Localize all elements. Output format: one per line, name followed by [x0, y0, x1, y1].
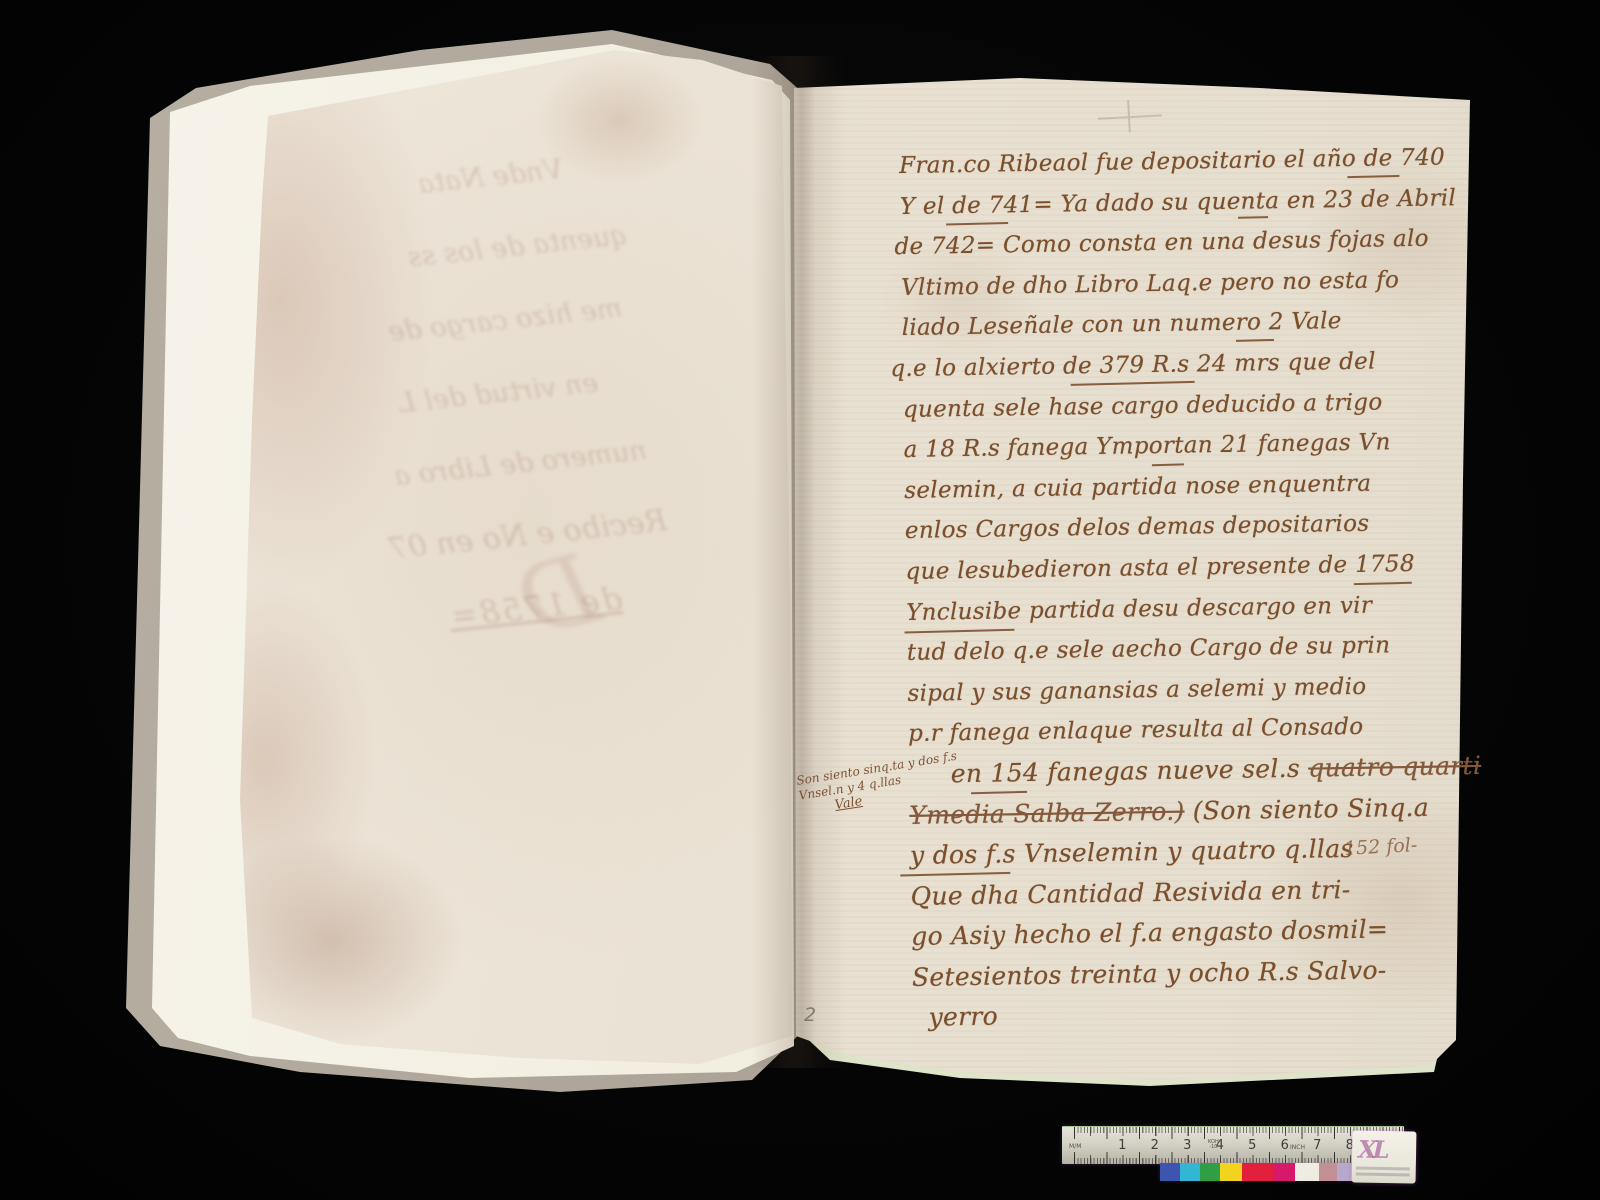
- ruler-unit-inch: INCH: [1290, 1144, 1305, 1151]
- ruler-label-logo: XL: [1358, 1135, 1386, 1164]
- invocation-cross-mark: [1097, 98, 1167, 136]
- ruler-label-card: XL: [1352, 1130, 1417, 1183]
- manuscript-text-block: Fran.co Ribeaol fue depositario el año d…: [885, 138, 1429, 1056]
- color-swatch-blue: [1160, 1163, 1180, 1181]
- pencil-page-number: 2: [804, 1004, 816, 1026]
- ruler-number: 1: [1106, 1138, 1139, 1153]
- ruler-number: 5: [1236, 1138, 1269, 1153]
- color-swatch-magenta: [1273, 1163, 1295, 1181]
- struck-text: Ymedia Salba Zerro.): [909, 796, 1185, 829]
- color-swatch-green: [1200, 1163, 1220, 1181]
- gutter-shadow: [752, 56, 848, 1068]
- photograph-scene: Vnde Nata quenta de los ss me hizo cargo…: [0, 0, 1600, 1200]
- ruler-label-textline: [1356, 1173, 1410, 1177]
- folio-count-note: 152 fol-: [1343, 834, 1417, 860]
- struck-text: quatro quarti: [1308, 751, 1481, 783]
- bleedthrough-text: Vnde Nata quenta de los ss me hizo cargo…: [263, 118, 777, 802]
- ruler-number: 2: [1139, 1138, 1172, 1153]
- color-calibration-strip: [1160, 1163, 1352, 1181]
- ruler-label-textline: [1356, 1167, 1410, 1171]
- ruler-brand-mark: KOH -10: [1208, 1140, 1219, 1150]
- color-swatch-lavender: [1337, 1163, 1352, 1181]
- ruler-brand-bottom: -10: [1208, 1145, 1219, 1150]
- measurement-ruler: 1 2 3 4 5 6 7 8 9 1 M/M KOH -10 INCH: [1062, 1124, 1442, 1190]
- ruler-unit-mm: M/M: [1069, 1143, 1081, 1150]
- manuscript-line: yerro: [898, 990, 1429, 1039]
- color-swatch-rose: [1319, 1163, 1337, 1181]
- ruler-number: 7: [1301, 1138, 1334, 1153]
- color-swatch-cyan: [1180, 1163, 1200, 1181]
- color-swatch-red: [1242, 1163, 1273, 1181]
- color-swatch-white: [1295, 1163, 1319, 1181]
- ruler-number: 3: [1171, 1138, 1204, 1153]
- color-swatch-yellow: [1220, 1163, 1242, 1181]
